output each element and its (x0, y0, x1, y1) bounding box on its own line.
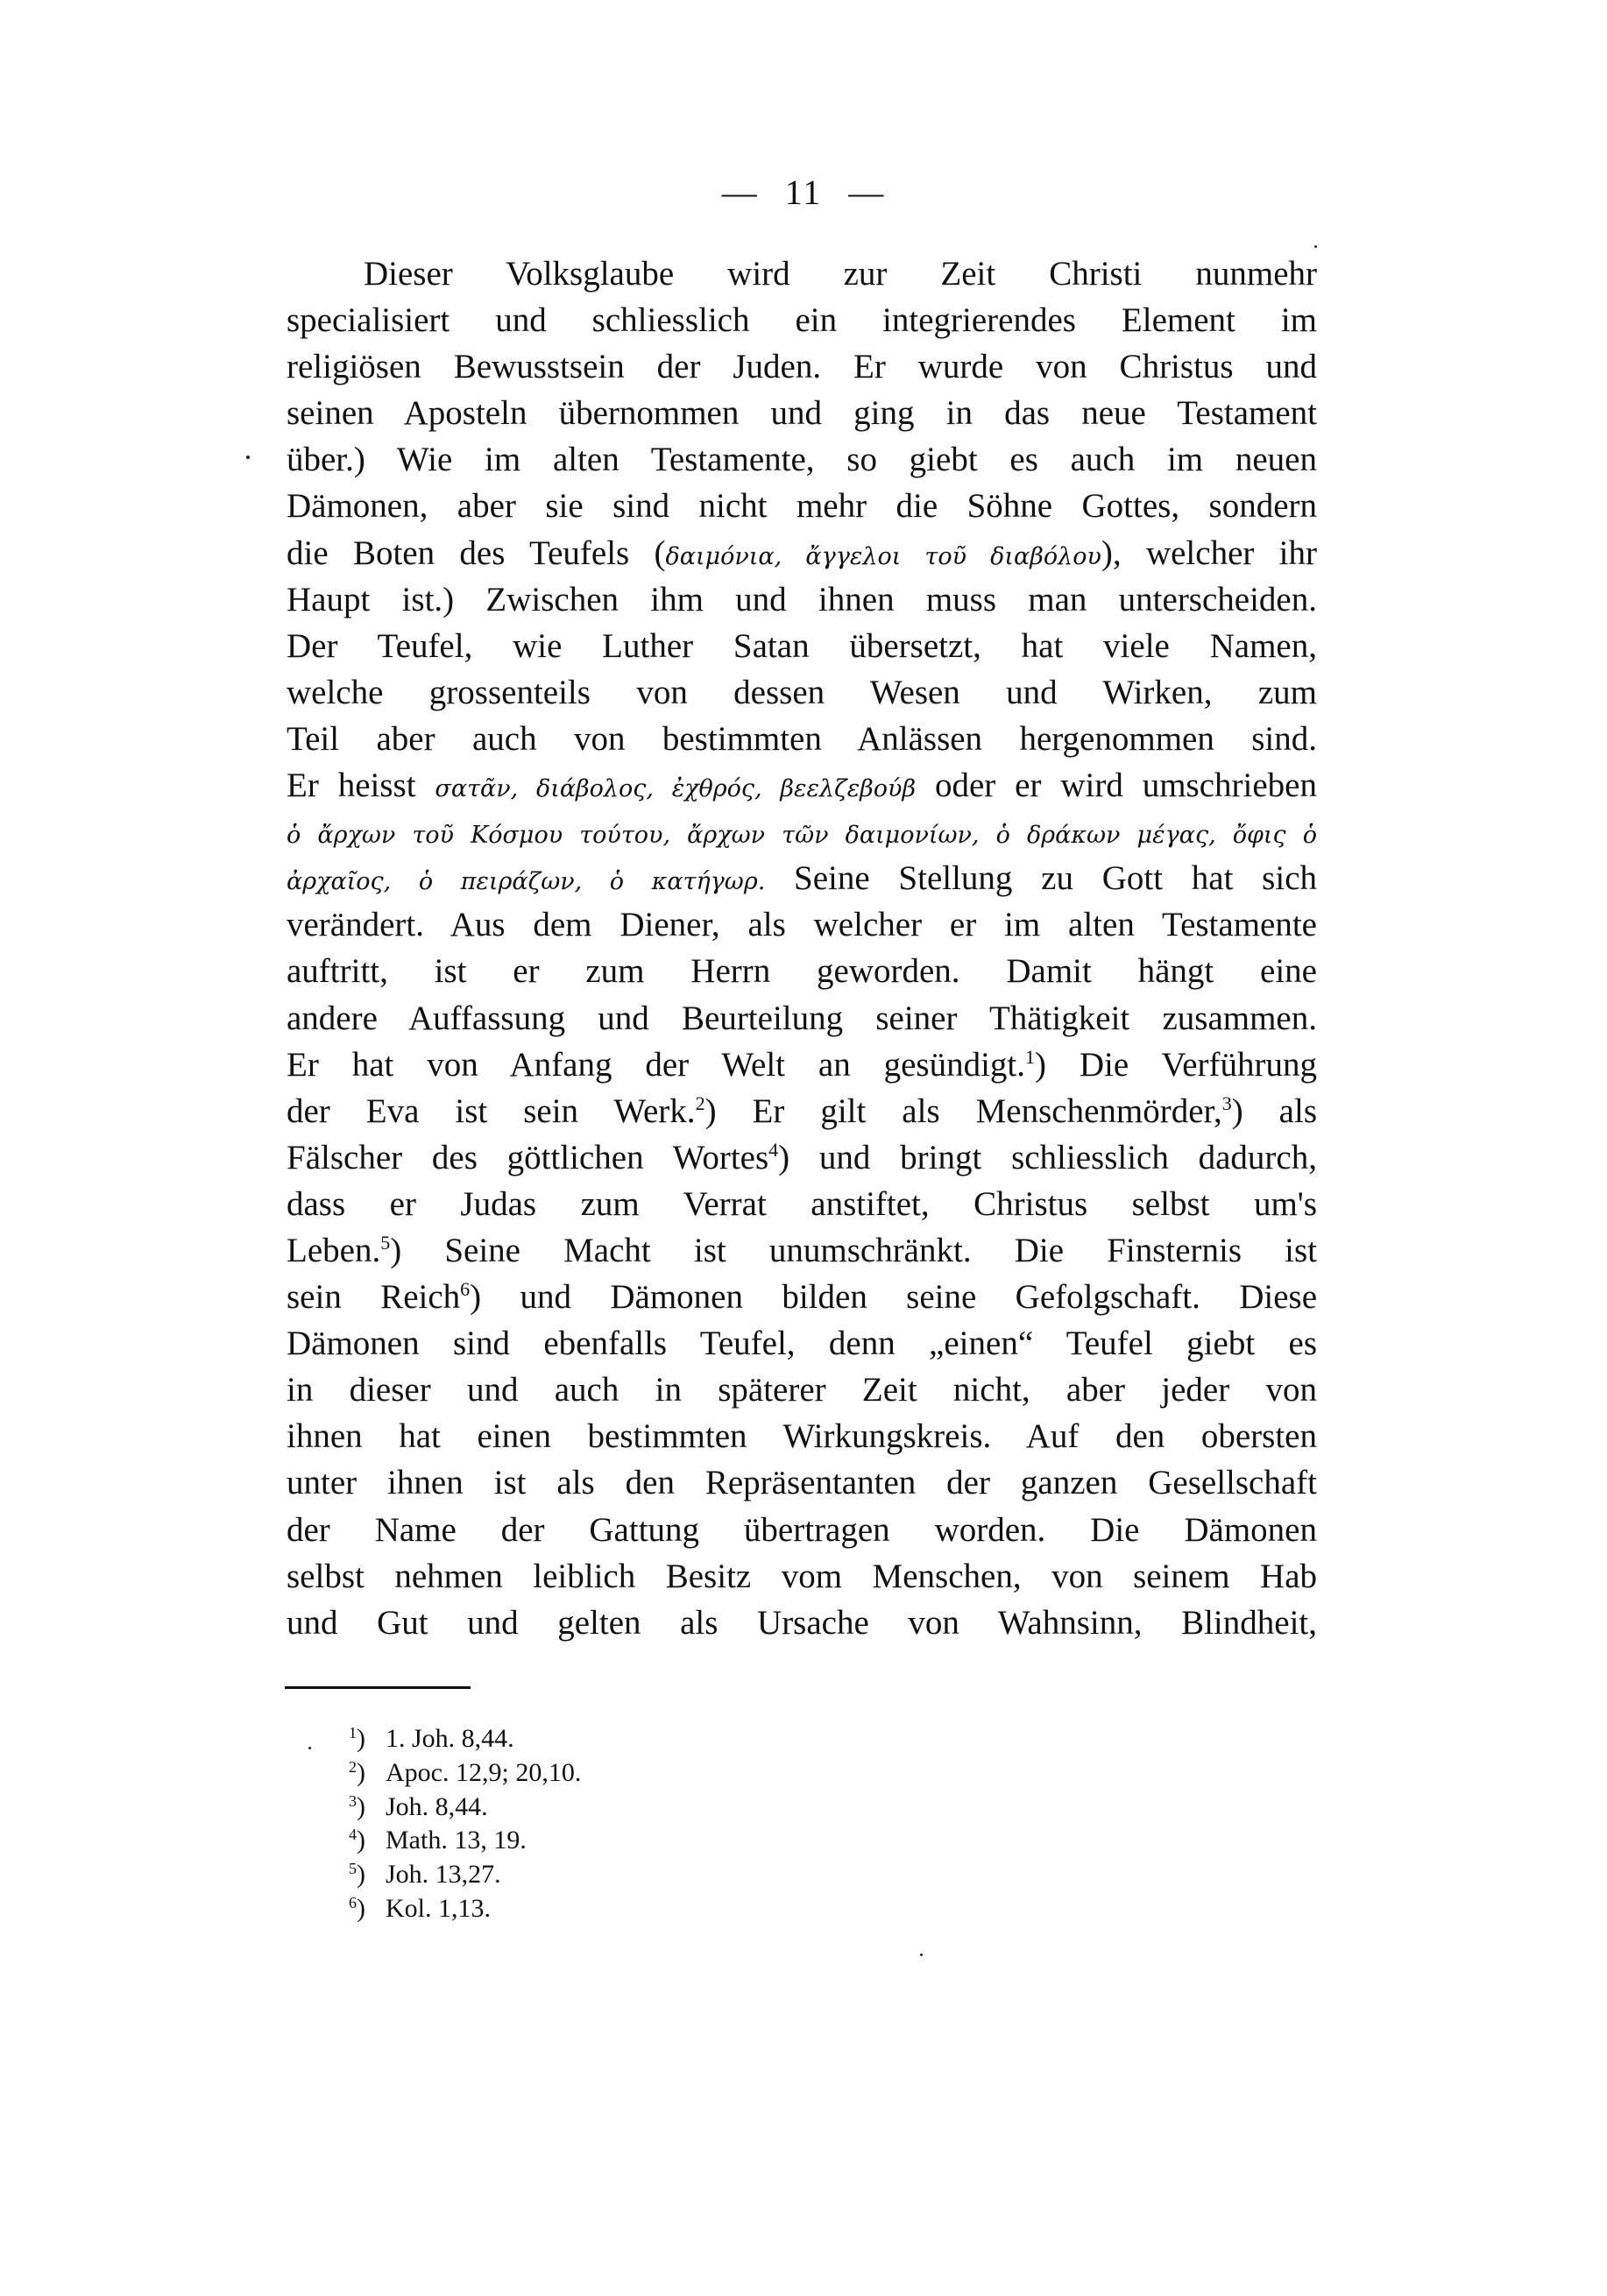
text-run: ) als (1232, 1092, 1317, 1130)
text-run: Haupt ist.) Zwischen ihm und ihnen muss … (287, 581, 1317, 618)
greek-phrase: ἀρχαῖος, ὁ πειράζων, ὁ κατήγωρ. (287, 868, 765, 895)
footnote-number: 3 (349, 1792, 357, 1810)
scan-speck (920, 1953, 923, 1956)
text-line: in dieser und auch in späterer Zeit nich… (287, 1367, 1317, 1413)
text-run: Dämonen sind ebenfalls Teufel, denn „ein… (287, 1325, 1317, 1362)
text-line: die Boten des Teufels (δαιμόνια, ἄγγελοι… (287, 530, 1317, 576)
text-line: und Gut und gelten als Ursache von Wahns… (287, 1600, 1317, 1646)
text-line: Dämonen, aber sie sind nicht mehr die Sö… (287, 483, 1317, 529)
text-run: Er hat von Anfang der Welt an gesündigt. (287, 1046, 1025, 1084)
page-number: — 11 — (0, 172, 1607, 213)
scan-speck (308, 1747, 311, 1749)
text-run: ) Seine Macht ist unumschränkt. Die Fins… (390, 1232, 1317, 1269)
text-line: selbst nehmen leiblich Besitz vom Mensch… (287, 1553, 1317, 1600)
footnote-item: 4)Math. 13, 19. (349, 1824, 581, 1858)
text-run: andere Auffassung und Beurteilung seiner… (287, 1000, 1317, 1037)
text-line: Der Teufel, wie Luther Satan übersetzt, … (287, 623, 1317, 669)
footnote-text: Apoc. 12,9; 20,10. (386, 1758, 581, 1787)
text-line: Er heisst σατᾶν, διάβολος, ἐχθρός, βεελζ… (287, 762, 1317, 809)
text-run: ) und bringt schliesslich dadurch, (778, 1139, 1317, 1176)
text-line: religiösen Bewusstsein der Juden. Er wur… (287, 343, 1317, 390)
body-paragraph: Dieser Volksglaube wird zur Zeit Christi… (287, 251, 1317, 1646)
text-run: die Boten des Teufels ( (287, 534, 666, 572)
text-line: ihnen hat einen bestimmten Wirkungskreis… (287, 1413, 1317, 1459)
text-run: verändert. Aus dem Diener, als welcher e… (287, 906, 1317, 943)
text-run: religiösen Bewusstsein der Juden. Er wur… (287, 348, 1317, 385)
text-run: welche grossenteils von dessen Wesen und… (287, 674, 1317, 711)
footnote-text: Joh. 8,44. (386, 1792, 488, 1821)
footnote-marker: 5) (349, 1858, 386, 1892)
text-run: sein Reich (287, 1278, 460, 1316)
footnote-number: 2 (349, 1758, 357, 1776)
footnote-number: 4 (349, 1826, 357, 1843)
text-run: ihnen hat einen bestimmten Wirkungskreis… (287, 1417, 1317, 1455)
footnote-item: 6)Kol. 1,13. (349, 1892, 581, 1926)
text-run: Teil aber auch von bestimmten Anlässen h… (287, 720, 1317, 758)
footnote-marker: 3) (349, 1791, 386, 1825)
text-line: auftritt, ist er zum Herrn geworden. Dam… (287, 948, 1317, 994)
footnote-number: 6 (349, 1894, 357, 1911)
text-run: über.) Wie im alten Testamente, so giebt… (287, 441, 1317, 478)
text-run: der Name der Gattung übertragen worden. … (287, 1511, 1317, 1549)
footnote-divider (285, 1686, 471, 1689)
text-line: welche grossenteils von dessen Wesen und… (287, 669, 1317, 716)
text-run: ) Er gilt als Menschenmörder, (705, 1092, 1222, 1130)
text-line: sein Reich6) und Dämonen bilden seine Ge… (287, 1274, 1317, 1320)
text-run: auftritt, ist er zum Herrn geworden. Dam… (287, 952, 1317, 990)
scan-speck (246, 456, 250, 459)
text-line: seinen Aposteln übernommen und ging in d… (287, 390, 1317, 436)
greek-phrase: σατᾶν, διάβολος, ἐχθρός, βεελζεβούβ (435, 775, 916, 802)
greek-phrase: ὁ ἄρχων τοῦ Κόσμου τούτου, ἄρχων τῶν δαι… (287, 822, 1317, 849)
text-line: Leben.5) Seine Macht ist unumschränkt. D… (287, 1227, 1317, 1274)
text-line: verändert. Aus dem Diener, als welcher e… (287, 901, 1317, 948)
greek-phrase: δαιμόνια, ἄγγελοι τοῦ διαβόλου (666, 543, 1101, 570)
text-line: dass er Judas zum Verrat anstiftet, Chri… (287, 1181, 1317, 1227)
footnotes-list: 1)1. Joh. 8,44.2)Apoc. 12,9; 20,10.3)Joh… (349, 1722, 581, 1926)
text-run: Seine Stellung zu Gott hat sich (765, 859, 1317, 897)
text-line: Teil aber auch von bestimmten Anlässen h… (287, 716, 1317, 762)
text-line: ὁ ἄρχων τοῦ Κόσμου τούτου, ἄρχων τῶν δαι… (287, 809, 1317, 855)
text-line: Dieser Volksglaube wird zur Zeit Christi… (287, 251, 1317, 297)
text-run: ) und Dämonen bilden seine Gefolgschaft.… (470, 1278, 1317, 1316)
footnote-reference: 4 (768, 1139, 778, 1161)
text-run: Leben. (287, 1232, 380, 1269)
text-run: unter ihnen ist als den Repräsentanten d… (287, 1464, 1317, 1501)
footnote-reference: 5 (380, 1232, 390, 1254)
text-run: ), welcher ihr (1101, 534, 1317, 572)
footnote-marker: 1) (349, 1722, 386, 1756)
book-page: — 11 — Dieser Volksglaube wird zur Zeit … (0, 0, 1607, 2296)
text-run: Dämonen, aber sie sind nicht mehr die Sö… (287, 487, 1317, 525)
text-run: Fälscher des göttlichen Wortes (287, 1139, 768, 1176)
footnote-number: 1 (349, 1724, 357, 1741)
footnote-item: 2)Apoc. 12,9; 20,10. (349, 1756, 581, 1791)
text-line: Haupt ist.) Zwischen ihm und ihnen muss … (287, 576, 1317, 623)
text-line: Er hat von Anfang der Welt an gesündigt.… (287, 1042, 1317, 1088)
text-run: und Gut und gelten als Ursache von Wahns… (287, 1604, 1317, 1642)
text-run: in dieser und auch in späterer Zeit nich… (287, 1371, 1317, 1409)
scan-speck (1314, 245, 1317, 248)
text-run: dass er Judas zum Verrat anstiftet, Chri… (287, 1185, 1317, 1223)
footnote-number: 5 (349, 1860, 357, 1877)
footnote-reference: 1 (1025, 1046, 1035, 1068)
footnote-marker: 2) (349, 1756, 386, 1791)
footnote-item: 5)Joh. 13,27. (349, 1858, 581, 1892)
footnote-marker: 6) (349, 1892, 386, 1926)
text-run: Er heisst (287, 767, 435, 804)
text-line: ἀρχαῖος, ὁ πειράζων, ὁ κατήγωρ. Seine St… (287, 855, 1317, 901)
text-line: andere Auffassung und Beurteilung seiner… (287, 995, 1317, 1042)
text-line: Dämonen sind ebenfalls Teufel, denn „ein… (287, 1320, 1317, 1367)
footnote-text: 1. Joh. 8,44. (386, 1724, 514, 1753)
text-run: ) Die Verführung (1035, 1046, 1317, 1084)
text-line: über.) Wie im alten Testamente, so giebt… (287, 436, 1317, 483)
footnote-text: Joh. 13,27. (386, 1860, 501, 1889)
footnote-item: 1)1. Joh. 8,44. (349, 1722, 581, 1756)
text-run: Dieser Volksglaube wird zur Zeit Christi… (364, 255, 1317, 293)
text-line: der Eva ist sein Werk.2) Er gilt als Men… (287, 1088, 1317, 1134)
text-run: selbst nehmen leiblich Besitz vom Mensch… (287, 1558, 1317, 1595)
footnote-text: Kol. 1,13. (386, 1894, 491, 1923)
text-run: der Eva ist sein Werk. (287, 1092, 696, 1130)
footnote-text: Math. 13, 19. (386, 1826, 527, 1854)
text-line: Fälscher des göttlichen Wortes4) und bri… (287, 1134, 1317, 1181)
footnote-reference: 6 (460, 1278, 470, 1300)
text-run: oder er wird umschrieben (916, 767, 1317, 804)
footnote-reference: 2 (696, 1092, 705, 1114)
footnote-marker: 4) (349, 1824, 386, 1858)
text-line: unter ihnen ist als den Repräsentanten d… (287, 1459, 1317, 1506)
text-run: Der Teufel, wie Luther Satan übersetzt, … (287, 627, 1317, 665)
text-run: seinen Aposteln übernommen und ging in d… (287, 394, 1317, 432)
footnote-reference: 3 (1222, 1092, 1232, 1114)
text-line: specialisiert und schliesslich ein integ… (287, 297, 1317, 343)
text-line: der Name der Gattung übertragen worden. … (287, 1507, 1317, 1553)
text-run: specialisiert und schliesslich ein integ… (287, 301, 1317, 339)
footnote-item: 3)Joh. 8,44. (349, 1791, 581, 1825)
